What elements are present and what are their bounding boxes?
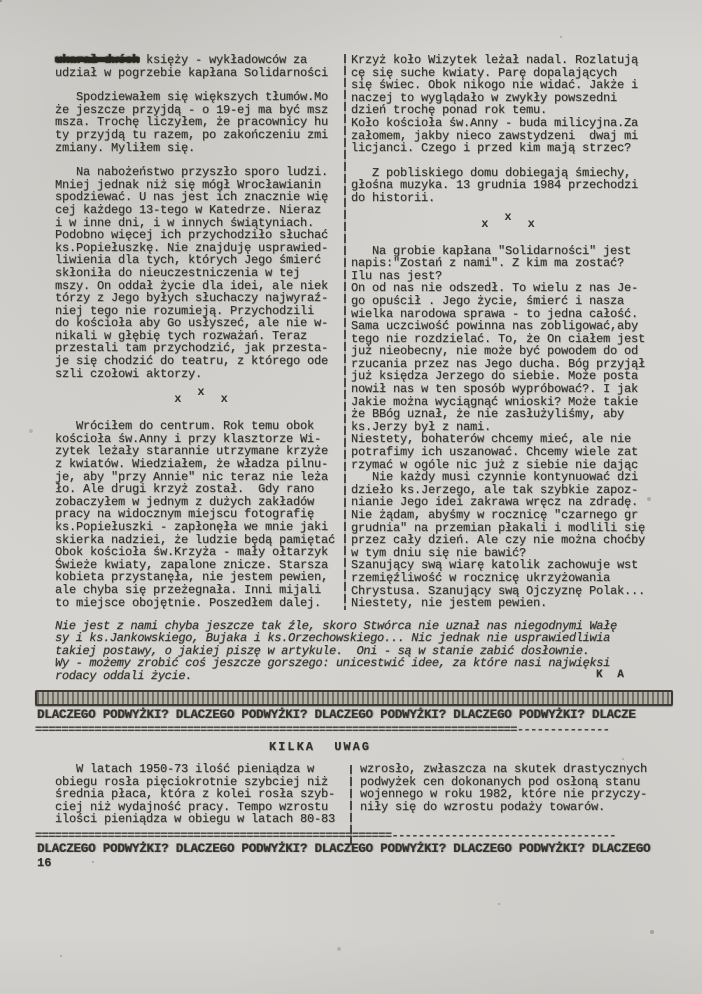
paragraph: Nie jest z nami chyba jeszcze tak źle, s… [55,620,677,682]
paragraph: ukarał dwóch księży - wykładowców zaudzi… [55,54,347,79]
article2-right-column: wzrosło, zwłaszcza na skutek drastycznyc… [360,763,662,813]
text-line: rzemięźliwość w rocznicę ukrzyżowania [351,572,665,585]
text-line: już nieobecny, nie może być powodem do o… [351,345,665,358]
text-line: Podobno więcej ich przychodziło słuchać [55,229,347,242]
text-line: Krzyż koło Wizytek leżał nadal. Rozlatuj… [351,54,665,67]
double-rule [35,690,673,706]
text-line: Nie żądam, abyśmy w rocznicę "czarnego g… [351,509,665,522]
text-line: Spodziewałem się większych tłumów.Mo [55,91,347,104]
text-line: tórzy z Jego byłych słuchaczy najwyraź- [55,292,347,305]
text-line: ks.Popiełuszki - zapłonęła we mnie jaki [55,521,347,534]
text-line: Koło kościoła św.Anny - buda milicyjna.Z… [351,117,665,130]
text-line: Sama uczciwość powinna nas zobligować,ab… [351,320,665,333]
running-head-bottom: DLACZEGO PODWYŻKI? DLACZEGO PODWYŻKI? DL… [37,842,650,856]
text-line: Nie każdy musi czynnie kontynuować dzi [351,471,665,484]
author-initials: K A [596,669,628,681]
text-line: przez cały dzień. Ale czy nie można choć… [351,534,665,547]
page-number: 16 [37,856,51,870]
text-line: do kościoła aby Go usłyszeć, ale nie w- [55,317,347,330]
article1-left-column: ukarał dwóch księży - wykładowców zaudzi… [55,54,347,609]
text-line: Niestety, nie jestem pewien. [351,597,665,610]
xxx-glyph: x [481,217,488,237]
text-line: napis:"Zostań z nami". Z kim ma zostać? [351,257,665,270]
equals-separator-bottom: ========================================… [35,829,616,843]
text-line: rodacy oddali życie. [55,670,677,682]
text-line: sy i ks.Jankowskiego, Bujaka i ks.Orzech… [55,632,677,644]
text-line: wzrosło, zwłaszcza na skutek drastycznyc… [360,763,662,776]
paragraph: Wróciłem do centrum. Rok temu obokkościo… [55,420,347,609]
column-divider-rule [344,54,346,610]
text-line: potrafimy ich uszanować. Chcemy wiele za… [351,446,665,459]
text-line: do historii. [351,192,665,205]
text-line: wojennego w roku 1982, które nie przyczy… [360,788,662,801]
text-line: Wróciłem do centrum. Rok temu obok [55,420,347,433]
text-line: to miejsce obojętnie. Poszedłem dalej. [55,597,347,610]
text-line: Obok kościoła św.Krzyża - mały ołtarzyk [55,546,347,559]
article1-right-column: Krzyż koło Wizytek leżał nadal. Rozlatuj… [351,54,665,610]
text-line: szli czołowi aktorzy. [55,368,347,381]
text-line: udział w pogrzebie kapłana Solidarności [55,67,347,80]
text-line: Wy - możemy zrobić coś jeszcze gorszego:… [55,657,677,669]
xxx-glyph: x [221,392,228,412]
equals-separator-top: ========================================… [35,723,609,737]
xxx-glyph: x [528,217,535,237]
paragraph: Spodziewałem się większych tłumów.Może j… [55,91,347,154]
text-line: średnia płaca, która z kolei rosła szyb- [55,788,347,801]
text-line: ło. Ale drugi krzyż został. Gdy rano [55,483,347,496]
article2-left-column: W latach 1950-73 ilość pieniądza wobiegu… [55,763,347,826]
text-line: W latach 1950-73 ilość pieniądza w [55,763,347,776]
text-line: się świec. Obok nikogo nie widać. Jakże … [351,79,665,92]
paragraph: Krzyż koło Wizytek leżał nadal. Rozlatuj… [351,54,665,155]
xxx-glyph: x [174,392,181,412]
paragraph: W latach 1950-73 ilość pieniądza wobiegu… [55,763,347,826]
text-line: skłoniła do nieuczestniczenia w tej [55,267,347,280]
text-line: go opuścił . Jego życie, śmierć i nasza [351,295,665,308]
scanned-page: ukarał dwóch księży - wykładowców zaudzi… [0,0,702,994]
paper-specks [0,0,2,2]
paragraph: Na nabożeństwo przyszło sporo ludzi.Mnie… [55,166,347,380]
text-line: cej każdego 13-tego w Katedrze. Nieraz [55,204,347,217]
running-head-top: DLACZEGO PODWYŻKI? DLACZEGO PODWYŻKI? DL… [37,708,636,722]
editor-note: Nie jest z nami chyba jeszcze tak źle, s… [55,620,677,682]
text-line: ty przyjdą tu razem, po zakończeniu zmi [55,129,347,142]
paragraph: Z pobliskiego domu dobiegają śmiechy,gło… [351,167,665,205]
section-break-xxx: xxx [351,217,665,237]
xxx-glyph: x [197,385,204,405]
text-line: że BBóg uznał, że nie zasłużyliśmy, aby [351,408,665,421]
text-line: ilości pieniądza w obiegu w latach 80-83 [55,813,347,826]
text-line: ukarał dwóch księży - wykładowców za [55,54,347,67]
text-line: ale chyba się przeżegnała. Inni mijali [55,584,347,597]
paragraph: Na grobie kapłana "Solidarności" jestnap… [351,245,665,610]
section-break-xxx: xxx [55,392,347,412]
text-line: je się chodzić do teatru, z którego ode [55,355,347,368]
text-line: nowił nas w ten sposób wypróbować?. I ja… [351,383,665,396]
text-line: zmiany. Myliłem się. [55,142,347,155]
text-line: niły się do wzrostu podaży towarów. [360,801,662,814]
xxx-glyph: x [504,210,511,230]
text-line: z kwiatów. Wiedziałem, że władza pilnu- [55,458,347,471]
overstruck-text: ukarał dwóch [55,53,139,67]
section-title: KILKA UWAG [0,740,640,754]
paragraph: wzrosło, zwłaszcza na skutek drastycznyc… [360,763,662,813]
text-line: Na nabożeństwo przyszło sporo ludzi. [55,166,347,179]
text-line: licjanci. Czego i przed kim mają strzec? [351,142,665,155]
